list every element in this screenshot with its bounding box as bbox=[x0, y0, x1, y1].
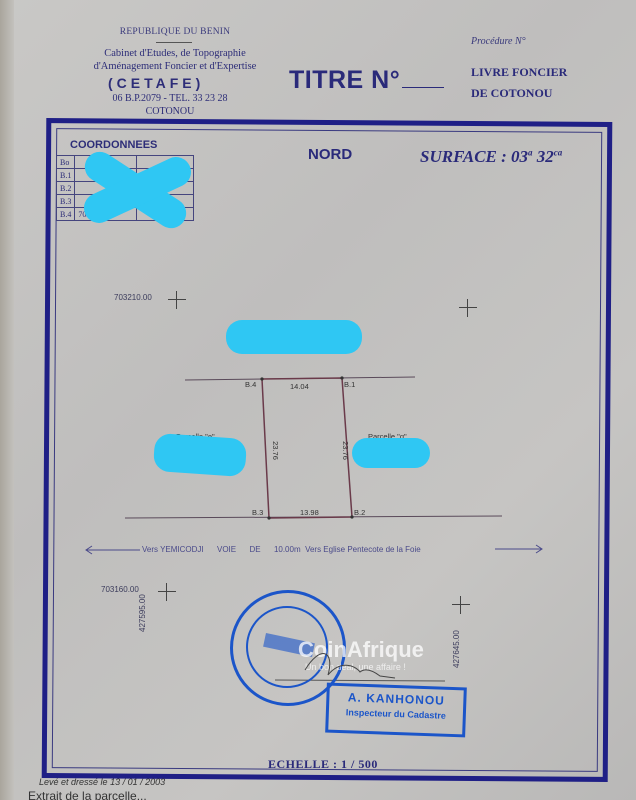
road-label: Vers YEMICODJI VOIE DE 10.00m Vers Eglis… bbox=[142, 545, 421, 554]
side-top-length: 14.04 bbox=[290, 382, 309, 391]
corner-b3: B.3 bbox=[252, 508, 263, 517]
corner-b2: B.2 bbox=[354, 508, 365, 517]
scale-label: ECHELLE : 1 / 500 bbox=[268, 757, 378, 772]
corner-b4: B.4 bbox=[245, 380, 256, 389]
redaction-mark bbox=[153, 433, 247, 477]
redaction-mark bbox=[352, 438, 430, 468]
inspector-role: Inspecteur du Cadastre bbox=[329, 707, 463, 722]
inspector-stamp: A. KANHONOU Inspecteur du Cadastre bbox=[325, 683, 467, 738]
side-bottom-length: 13.98 bbox=[300, 508, 319, 517]
signature bbox=[300, 640, 400, 685]
inspector-name: A. KANHONOU bbox=[329, 690, 463, 709]
corner-b1: B.1 bbox=[344, 380, 355, 389]
survey-date: Levé et dressé le 13 / 01 / 2003 bbox=[39, 777, 165, 787]
side-left-length: 23.76 bbox=[271, 441, 280, 460]
side-right-length: 23.76 bbox=[341, 441, 350, 460]
extract-note: Extrait de la parcelle... bbox=[28, 789, 147, 800]
